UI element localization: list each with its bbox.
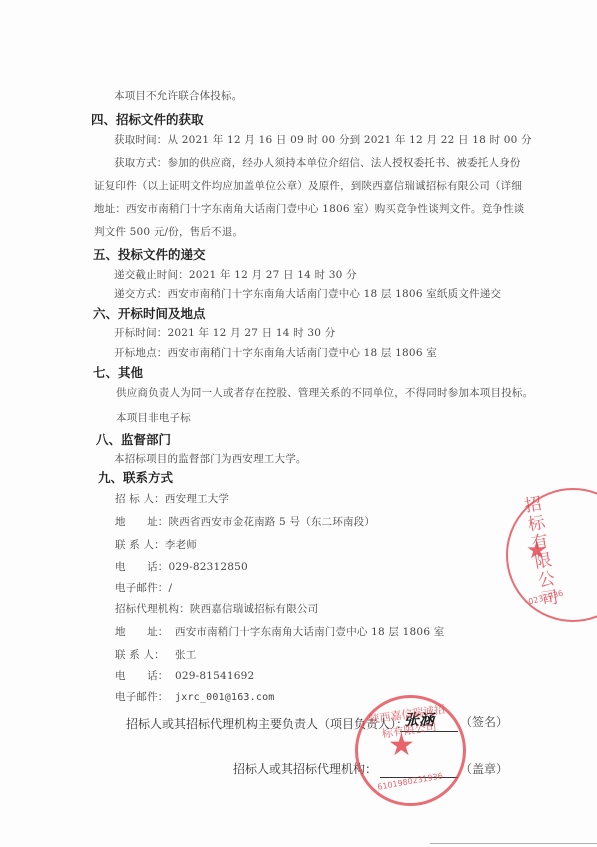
section-heading-5: 五、投标文件的递交 [93, 245, 206, 263]
contact-row: 联 系 人：李老师 [115, 537, 197, 552]
section4-line-1: 获取时间：从 2021 年 12 月 16 日 09 时 00 分到 2021 … [114, 132, 532, 147]
contact-value: / [169, 582, 173, 594]
section-heading-8: 八、监督部门 [96, 430, 171, 448]
contact-label: 电子邮件： [115, 689, 175, 704]
contact-label: 电子邮件： [115, 580, 169, 595]
contact-label: 地 址： [115, 514, 169, 529]
section-heading-4: 四、招标文件的获取 [91, 110, 204, 128]
section7-line-1: 供应商负责人为同一人或者存在控股、管理关系的不同单位，不得同时参加本项目投标。 [116, 385, 533, 400]
contact-value: 陕西省西安市金花南路 5 号（东二环南段） [169, 516, 376, 528]
contact-value: 张工 [175, 649, 196, 661]
contact-value: 陕西嘉信瑞诚招标有限公司 [190, 603, 318, 615]
section6-line-1: 开标时间：2021 年 12 月 27 日 14 时 30 分 [114, 325, 335, 340]
section-heading-6: 六、开标时间及地点 [93, 304, 206, 322]
section4-line-4: 地址：西安市南稍门十字东南角大话南门壹中心 1806 室）购买竞争性谈判文件。竞… [94, 201, 525, 216]
contact-row: 招标代理机构：陕西嘉信瑞诚招标有限公司 [115, 601, 318, 616]
contact-label: 招 标 人： [115, 491, 165, 506]
contact-value: 西安理工大学 [165, 493, 229, 505]
section6-line-2: 开标地点：西安市南稍门十字东南角大话南门壹中心 18 层 1806 室 [114, 345, 437, 360]
contact-label: 联 系 人： [115, 537, 165, 552]
contact-label: 电 话： [115, 559, 169, 574]
contact-row: 地 址：西安市南稍门十字东南角大话南门壹中心 18 层 1806 室 [115, 624, 444, 639]
contact-label: 联 系 人： [115, 647, 175, 662]
seal-suffix: （盖章） [460, 760, 508, 777]
contact-row: 地 址：陕西省西安市金花南路 5 号（东二环南段） [115, 514, 375, 529]
section4-line-5: 判文件 500 元/份，售后不退。 [94, 224, 243, 239]
contact-row: 招 标 人：西安理工大学 [115, 491, 229, 506]
contact-row: 电 话：029-82312850 [115, 559, 248, 574]
section-heading-7: 七、其他 [93, 363, 143, 381]
sign-suffix: （签名） [460, 713, 508, 730]
contact-row: 电子邮件：/ [115, 580, 172, 595]
contact-label: 地 址： [115, 624, 175, 639]
intro-line: 本项目不允许联合体投标。 [114, 88, 242, 103]
page-edge-line [430, 843, 597, 844]
section8-line-1: 本招标项目的监督部门为西安理工大学。 [114, 451, 307, 466]
section5-line-2: 递交方式：西安市南稍门十字东南角大话南门壹中心 18 层 1806 室纸质文件递… [114, 286, 501, 301]
contact-label: 电 话： [115, 668, 175, 683]
contact-value: 029-82312850 [169, 561, 248, 573]
section-heading-9: 九、联系方式 [98, 468, 173, 486]
contact-value: 李老师 [165, 539, 197, 551]
seal-star-icon: ★ [526, 536, 548, 564]
contact-value: 029-81541692 [175, 670, 254, 682]
contact-value: 西安市南稍门十字东南角大话南门壹中心 18 层 1806 室 [175, 626, 444, 638]
contact-row: 电 话：029-81541692 [115, 668, 254, 683]
contact-row: 电子邮件：jxrc_001@163.com [115, 689, 275, 704]
section5-line-1: 递交截止时间：2021 年 12 月 27 日 14 时 30 分 [114, 267, 357, 282]
contact-row: 联 系 人：张工 [115, 647, 196, 662]
section4-line-2: 获取方式：参加的供应商，经办人须持本单位介绍信、法人授权委托书、被委托人身份 [114, 155, 521, 170]
contact-label: 招标代理机构： [115, 601, 190, 616]
section7-line-2: 本项目非电子标 [116, 410, 191, 425]
contact-value: jxrc_001@163.com [175, 692, 275, 703]
section4-line-3: 证复印件（以上证明文件均应加盖单位公章）及原件，到陕西嘉信瑞诚招标有限公司（详细 [94, 178, 522, 193]
